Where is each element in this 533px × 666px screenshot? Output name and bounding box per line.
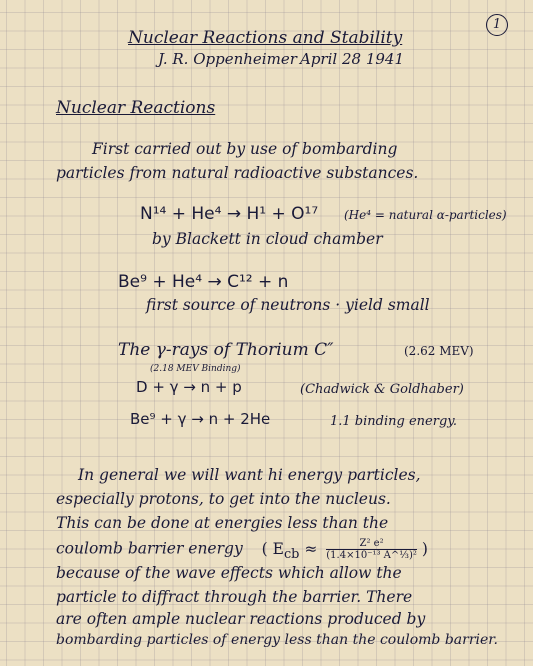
reaction-2-equation: Be⁹ + He⁴ → C¹² + n (118, 272, 288, 292)
author: J. R. Oppenheimer (158, 50, 297, 68)
coulomb-formula: ( Ecb ≈ Z² e² (1.4×10⁻¹³ A^⅓)² ) (262, 540, 428, 558)
paragraph-line-4-text: coulomb barrier energy (56, 540, 243, 558)
paragraph-line-4: coulomb barrier energy ( Ecb ≈ Z² e² (1.… (56, 538, 428, 562)
paragraph-line-2: especially protons, to get into the nucl… (56, 490, 391, 508)
reaction-1-equation: N¹⁴ + He⁴ → H¹ + O¹⁷ (140, 204, 318, 224)
paragraph-line-5: because of the wave effects which allow … (56, 564, 402, 582)
paragraph-line-6: particle to diffract through the barrier… (56, 588, 412, 606)
gamma-energy: (2.62 MEV) (404, 344, 474, 358)
page-number-circle: 1 (486, 14, 508, 36)
date: April 28 1941 (300, 50, 404, 68)
reaction-2-caption: first source of neutrons · yield small (146, 296, 430, 314)
intro-line-2: particles from natural radioactive subst… (56, 164, 418, 182)
gamma-reaction-2: Be⁹ + γ → n + 2He (130, 410, 270, 428)
binding-note: (2.18 MEV Binding) (150, 364, 241, 374)
gamma-heading: The γ-rays of Thorium C″ (118, 340, 334, 360)
paragraph-line-7: are often ample nuclear reactions produc… (56, 610, 425, 628)
gamma-reaction-2-note: 1.1 binding energy. (330, 414, 457, 429)
paragraph-line-8: bombarding particles of energy less than… (56, 632, 498, 648)
gamma-reaction-1: D + γ → n + p (136, 378, 242, 396)
intro-line-1: First carried out by use of bombarding (92, 140, 397, 158)
gamma-reaction-1-note: (Chadwick & Goldhaber) (300, 382, 464, 397)
section-heading: Nuclear Reactions (56, 98, 215, 118)
paragraph-line-1: In general we will want hi energy partic… (78, 466, 421, 484)
formula-fraction: Z² e² (1.4×10⁻¹³ A^⅓)² (326, 538, 417, 561)
paragraph-line-3: This can be done at energies less than t… (56, 514, 388, 532)
reaction-1-caption: by Blackett in cloud chamber (152, 230, 383, 248)
page-title: Nuclear Reactions and Stability (128, 28, 402, 48)
reaction-1-note: (He⁴ = natural α-particles) (344, 208, 507, 222)
